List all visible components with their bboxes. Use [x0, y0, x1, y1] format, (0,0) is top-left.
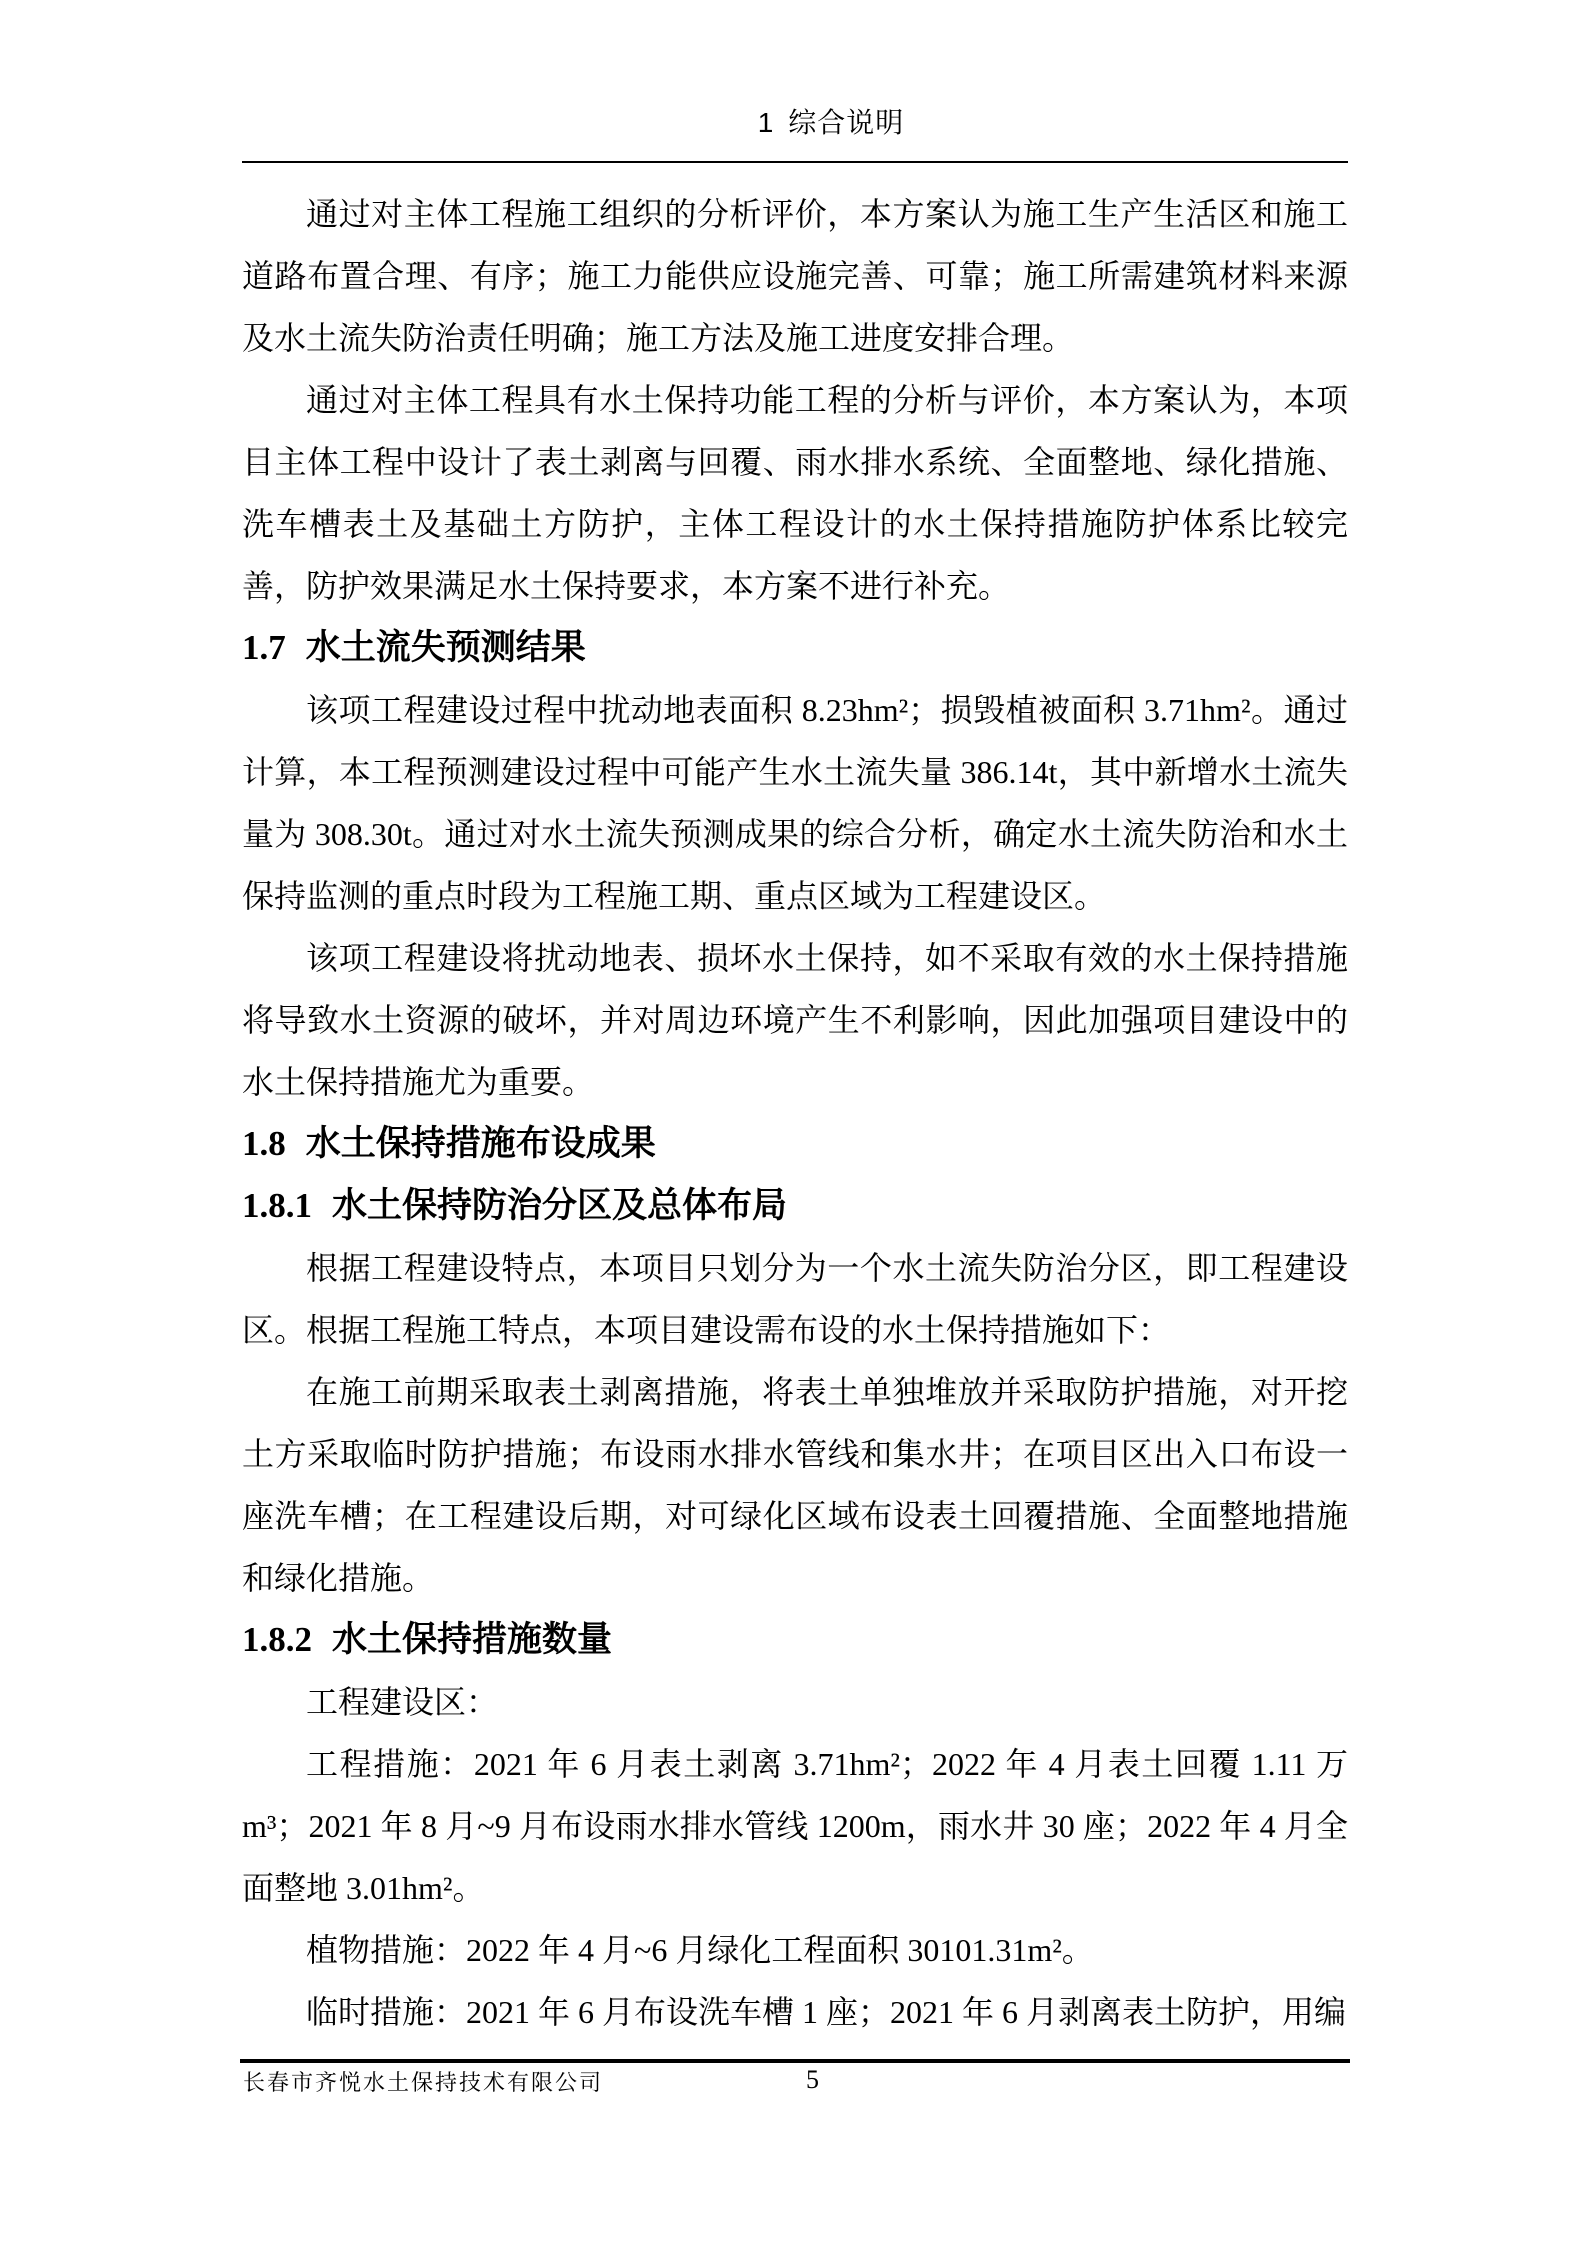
page-number: 5: [806, 2064, 819, 2096]
heading-soil-loss-prediction: 1.7水土流失预测结果: [242, 617, 1348, 679]
para-temporary-measures: 临时措施：2021 年 6 月布设洗车槽 1 座；2021 年 6 月剥离表土防…: [242, 1981, 1348, 2043]
heading-text: 水土保持措施数量: [332, 1620, 612, 1659]
para-plant-measures: 植物措施：2022 年 4 月~6 月绿化工程面积 30101.31m²。: [242, 1919, 1348, 1981]
document-page: 1综合说明 通过对主体工程施工组织的分析评价，本方案认为施工生产生活区和施工道路…: [0, 0, 1587, 2245]
page-header-title: 1综合说明: [278, 106, 1384, 140]
heading-zoning-and-overall-layout: 1.8.1水土保持防治分区及总体布局: [242, 1175, 1348, 1237]
para-project-area-label: 工程建设区：: [242, 1671, 1348, 1733]
para-zoning-description: 根据工程建设特点，本项目只划分为一个水土流失防治分区，即工程建设区。根据工程施工…: [242, 1237, 1348, 1361]
heading-text: 水土流失预测结果: [306, 628, 586, 667]
heading-text: 水土保持措施布设成果: [306, 1124, 656, 1163]
footer-company-name: 长春市齐悦水土保持技术有限公司: [243, 2069, 603, 2097]
para-main-works-evaluation: 通过对主体工程具有水土保持功能工程的分析与评价，本方案认为，本项目主体工程中设计…: [242, 369, 1348, 617]
para-construction-org-evaluation: 通过对主体工程施工组织的分析评价，本方案认为施工生产生活区和施工道路布置合理、有…: [242, 183, 1348, 369]
chapter-title: 综合说明: [788, 107, 904, 138]
heading-number: 1.7: [242, 628, 286, 667]
document-body: 通过对主体工程施工组织的分析评价，本方案认为施工生产生活区和施工道路布置合理、有…: [242, 183, 1348, 2059]
header-divider-line: [242, 161, 1348, 163]
chapter-number: 1: [758, 107, 775, 138]
heading-text: 水土保持防治分区及总体布局: [332, 1186, 787, 1225]
para-soil-loss-impact: 该项工程建设将扰动地表、损坏水土保持，如不采取有效的水土保持措施将导致水土资源的…: [242, 927, 1348, 1113]
para-engineering-measures: 工程措施：2021 年 6 月表土剥离 3.71hm²；2022 年 4 月表土…: [242, 1733, 1348, 1919]
heading-measures-layout-results: 1.8水土保持措施布设成果: [242, 1113, 1348, 1175]
heading-number: 1.8.2: [242, 1620, 312, 1659]
footer-divider-line: [240, 2059, 1350, 2063]
para-soil-loss-prediction-result: 该项工程建设过程中扰动地表面积 8.23hm²；损毁植被面积 3.71hm²。通…: [242, 679, 1348, 927]
heading-number: 1.8: [242, 1124, 286, 1163]
heading-measures-quantity: 1.8.2水土保持措施数量: [242, 1609, 1348, 1671]
heading-number: 1.8.1: [242, 1186, 312, 1225]
para-early-stage-measures: 在施工前期采取表土剥离措施，将表土单独堆放并采取防护措施，对开挖土方采取临时防护…: [242, 1361, 1348, 1609]
